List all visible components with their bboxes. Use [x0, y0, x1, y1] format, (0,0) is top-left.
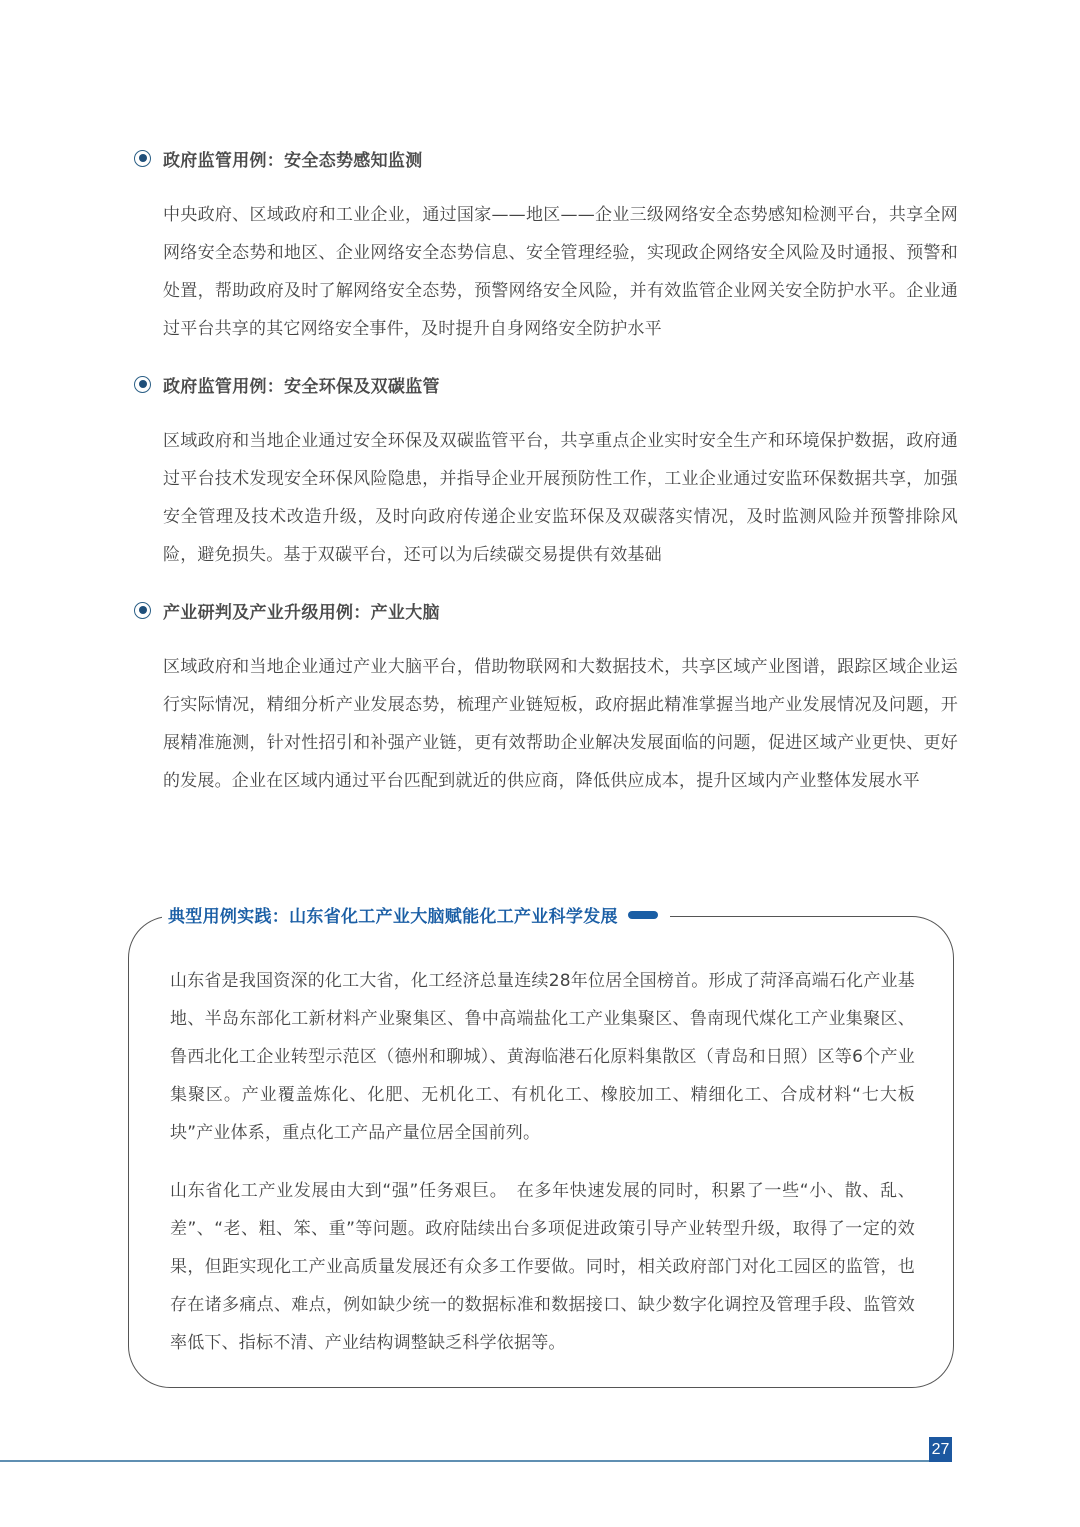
radio-bullet-icon: [134, 602, 151, 619]
radio-bullet-icon: [134, 150, 151, 167]
section-heading-env-carbon: 政府监管用例：安全环保及双碳监管: [134, 369, 440, 399]
case-study-title: 典型用例实践：山东省化工产业大脑赋能化工产业科学发展: [168, 902, 618, 927]
section-heading-text: 政府监管用例：安全环保及双碳监管: [163, 372, 440, 397]
section-body-industry-brain: 区域政府和当地企业通过产业大脑平台，借助物联网和大数据技术，共享区域产业图谱，跟…: [163, 648, 958, 800]
page-number-badge: 27: [929, 1437, 952, 1462]
section-heading-industry-brain: 产业研判及产业升级用例：产业大脑: [134, 595, 440, 625]
section-heading-text: 产业研判及产业升级用例：产业大脑: [163, 598, 440, 623]
radio-bullet-icon: [134, 376, 151, 393]
section-body-security-awareness: 中央政府、区域政府和工业企业，通过国家——地区——企业三级网络安全态势感知检测平…: [163, 196, 958, 348]
section-body-env-carbon: 区域政府和当地企业通过安全环保及双碳监管平台，共享重点企业实时安全生产和环境保护…: [163, 422, 958, 574]
case-study-paragraph-2: 山东省化工产业发展由大到“强”任务艰巨。 在多年快速发展的同时，积累了一些“小、…: [170, 1172, 915, 1362]
case-study-title-bar: 典型用例实践：山东省化工产业大脑赋能化工产业科学发展: [162, 902, 670, 927]
section-heading-security-awareness: 政府监管用例：安全态势感知监测: [134, 143, 423, 173]
case-study-paragraph-1: 山东省是我国资深的化工大省，化工经济总量连续28年位居全国榜首。形成了菏泽高端石…: [170, 962, 915, 1152]
section-heading-text: 政府监管用例：安全态势感知监测: [163, 146, 423, 171]
footer-divider: [0, 1460, 930, 1462]
title-pill-decoration: [628, 911, 658, 919]
